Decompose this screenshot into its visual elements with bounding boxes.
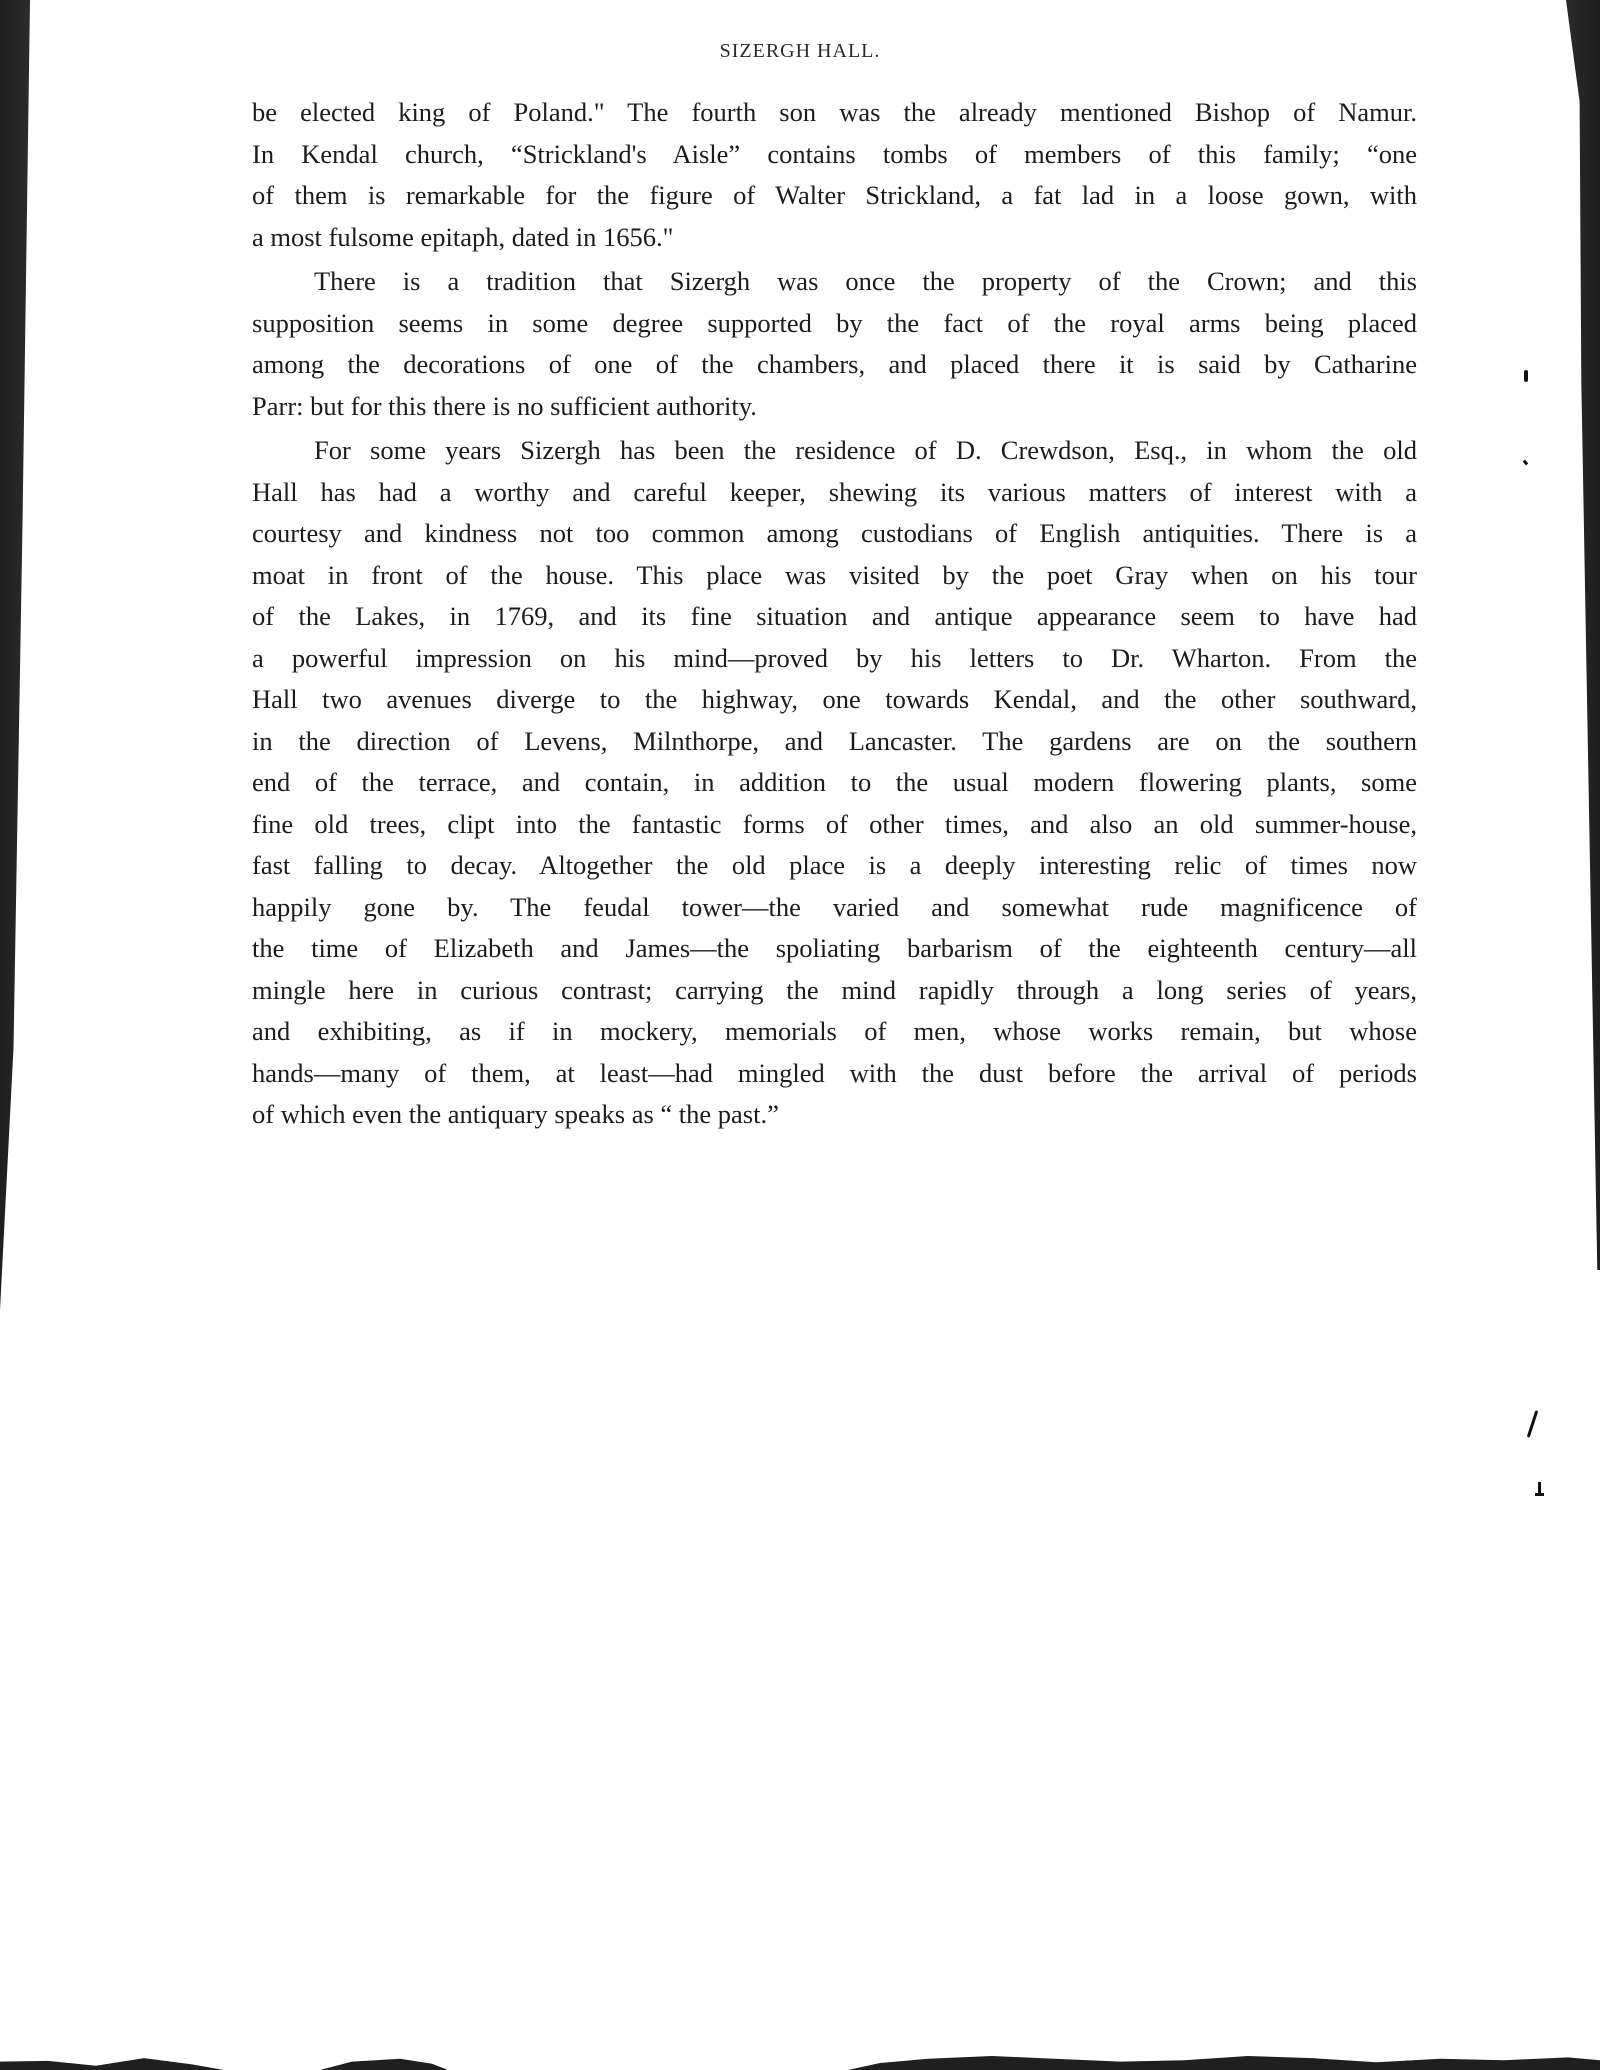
text-line: In Kendal church, “Strickland's Aisle” c… [252,134,1417,176]
margin-mark [1523,460,1529,466]
text-line: Hall has had a worthy and careful keeper… [252,472,1417,514]
text-line: of them is remarkable for the figure of … [252,175,1417,217]
text-line: end of the terrace, and contain, in addi… [252,762,1417,804]
text-line: fine old trees, clipt into the fantastic… [252,804,1417,846]
text-line: Parr: but for this there is no sufficien… [252,386,1417,428]
text-line: hands—many of them, at least—had mingled… [252,1053,1417,1095]
text-line: be elected king of Poland." The fourth s… [252,92,1417,134]
text-line: a most fulsome epitaph, dated in 1656." [252,217,1417,259]
text-line: supposition seems in some degree support… [252,303,1417,345]
text-line: the time of Elizabeth and James—the spol… [252,928,1417,970]
paragraph: For some years Sizergh has been the resi… [252,430,1417,1136]
text-line: of which even the antiquary speaks as “ … [252,1094,1417,1136]
text-line: in the direction of Levens, Milnthorpe, … [252,721,1417,763]
paragraph: There is a tradition that Sizergh was on… [252,261,1417,427]
body-text: be elected king of Poland." The fourth s… [252,92,1417,1136]
text-line: For some years Sizergh has been the resi… [252,430,1417,472]
scan-border-left [0,0,30,1310]
text-line: happily gone by. The feudal tower—the va… [252,887,1417,929]
text-line: of the Lakes, in 1769, and its fine situ… [252,596,1417,638]
text-line: There is a tradition that Sizergh was on… [252,261,1417,303]
text-line: moat in front of the house. This place w… [252,555,1417,597]
text-line: mingle here in curious contrast; carryin… [252,970,1417,1012]
margin-mark [1524,370,1528,382]
text-line: among the decorations of one of the cham… [252,344,1417,386]
text-line: courtesy and kindness not too common amo… [252,513,1417,555]
margin-mark [1527,1410,1539,1438]
text-line: fast falling to decay. Altogether the ol… [252,845,1417,887]
paragraph: be elected king of Poland." The fourth s… [252,92,1417,258]
text-line: a powerful impression on his mind—proved… [252,638,1417,680]
text-line: and exhibiting, as if in mockery, memori… [252,1011,1417,1053]
text-line: Hall two avenues diverge to the highway,… [252,679,1417,721]
scan-border-right [1566,0,1600,1270]
margin-mark [1538,1482,1541,1496]
scan-border-bottom [0,2056,1600,2070]
running-head: SIZERGH HALL. [0,40,1600,63]
